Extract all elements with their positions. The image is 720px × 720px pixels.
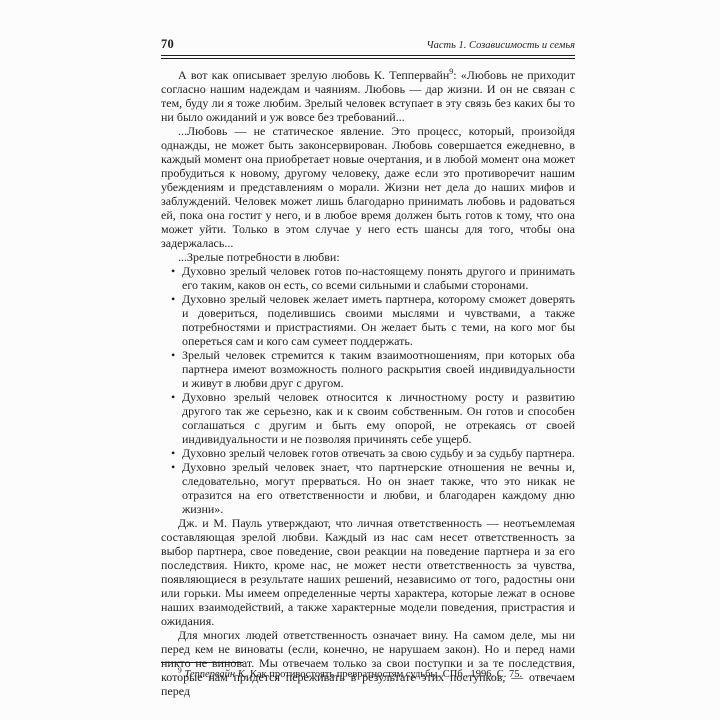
bullet-icon: • (171, 460, 175, 474)
footnote-area: 9 Теппервайн К. Как противостоять превра… (161, 662, 575, 681)
paragraph-love-process: ...Любовь — не статическое явление. Это … (161, 124, 575, 250)
intro-text: А вот как описывает зрелую любовь К. Теп… (178, 68, 449, 82)
list-item-text: Духовно зрелый человек желает иметь парт… (182, 292, 575, 348)
running-title: Часть 1. Созависимость и семья (426, 40, 575, 51)
list-item: •Духовно зрелый человек готов отвечать з… (171, 446, 575, 460)
footnote-author: Теппервайн К. (184, 669, 247, 680)
footnote: 9 Теппервайн К. Как противостоять превра… (161, 668, 575, 681)
paragraph-paul-responsibility: Дж. и М. Пауль утверждают, что личная от… (161, 516, 575, 628)
mature-needs-list: •Духовно зрелый человек готов по-настоящ… (161, 264, 575, 516)
bullet-icon: • (171, 264, 175, 278)
list-item-text: Духовно зрелый человек относится к лично… (182, 390, 575, 446)
list-item: •Духовно зрелый человек желает иметь пар… (171, 292, 575, 348)
footnote-marker: 9 (178, 666, 182, 675)
list-item: •Духовно зрелый человек готов по-настоящ… (171, 264, 575, 292)
footnote-text: Как противостоять превратностям судьбы. … (250, 669, 522, 680)
paragraph-teppervain-intro: А вот как описывает зрелую любовь К. Теп… (161, 68, 575, 124)
header-double-rule (161, 55, 575, 59)
list-item: •Духовно зрелый человек относится к личн… (171, 390, 575, 446)
book-page: 70 Часть 1. Созависимость и семья А вот … (0, 0, 720, 720)
list-item: •Духовно зрелый человек знает, что партн… (171, 460, 575, 516)
bullet-icon: • (171, 446, 175, 460)
bullet-icon: • (171, 348, 175, 362)
footnote-rule (161, 662, 243, 663)
list-item: •Зрелый человек стремится к таким взаимо… (171, 348, 575, 390)
page-number: 70 (161, 37, 174, 52)
page-body: А вот как описывает зрелую любовь К. Теп… (161, 68, 575, 698)
list-item-text: Духовно зрелый человек готов по-настояще… (182, 264, 575, 292)
paragraph-mature-needs-heading: ...Зрелые потребности в любви: (161, 250, 575, 264)
list-item-text: Духовно зрелый человек готов отвечать за… (182, 446, 575, 460)
bullet-icon: • (171, 390, 175, 404)
list-item-text: Духовно зрелый человек знает, что партне… (182, 460, 575, 516)
list-item-text: Зрелый человек стремится к таким взаимоо… (182, 348, 575, 390)
page-header: 70 Часть 1. Созависимость и семья (161, 37, 575, 52)
text-column: 70 Часть 1. Созависимость и семья А вот … (161, 37, 575, 698)
bullet-icon: • (171, 292, 175, 306)
